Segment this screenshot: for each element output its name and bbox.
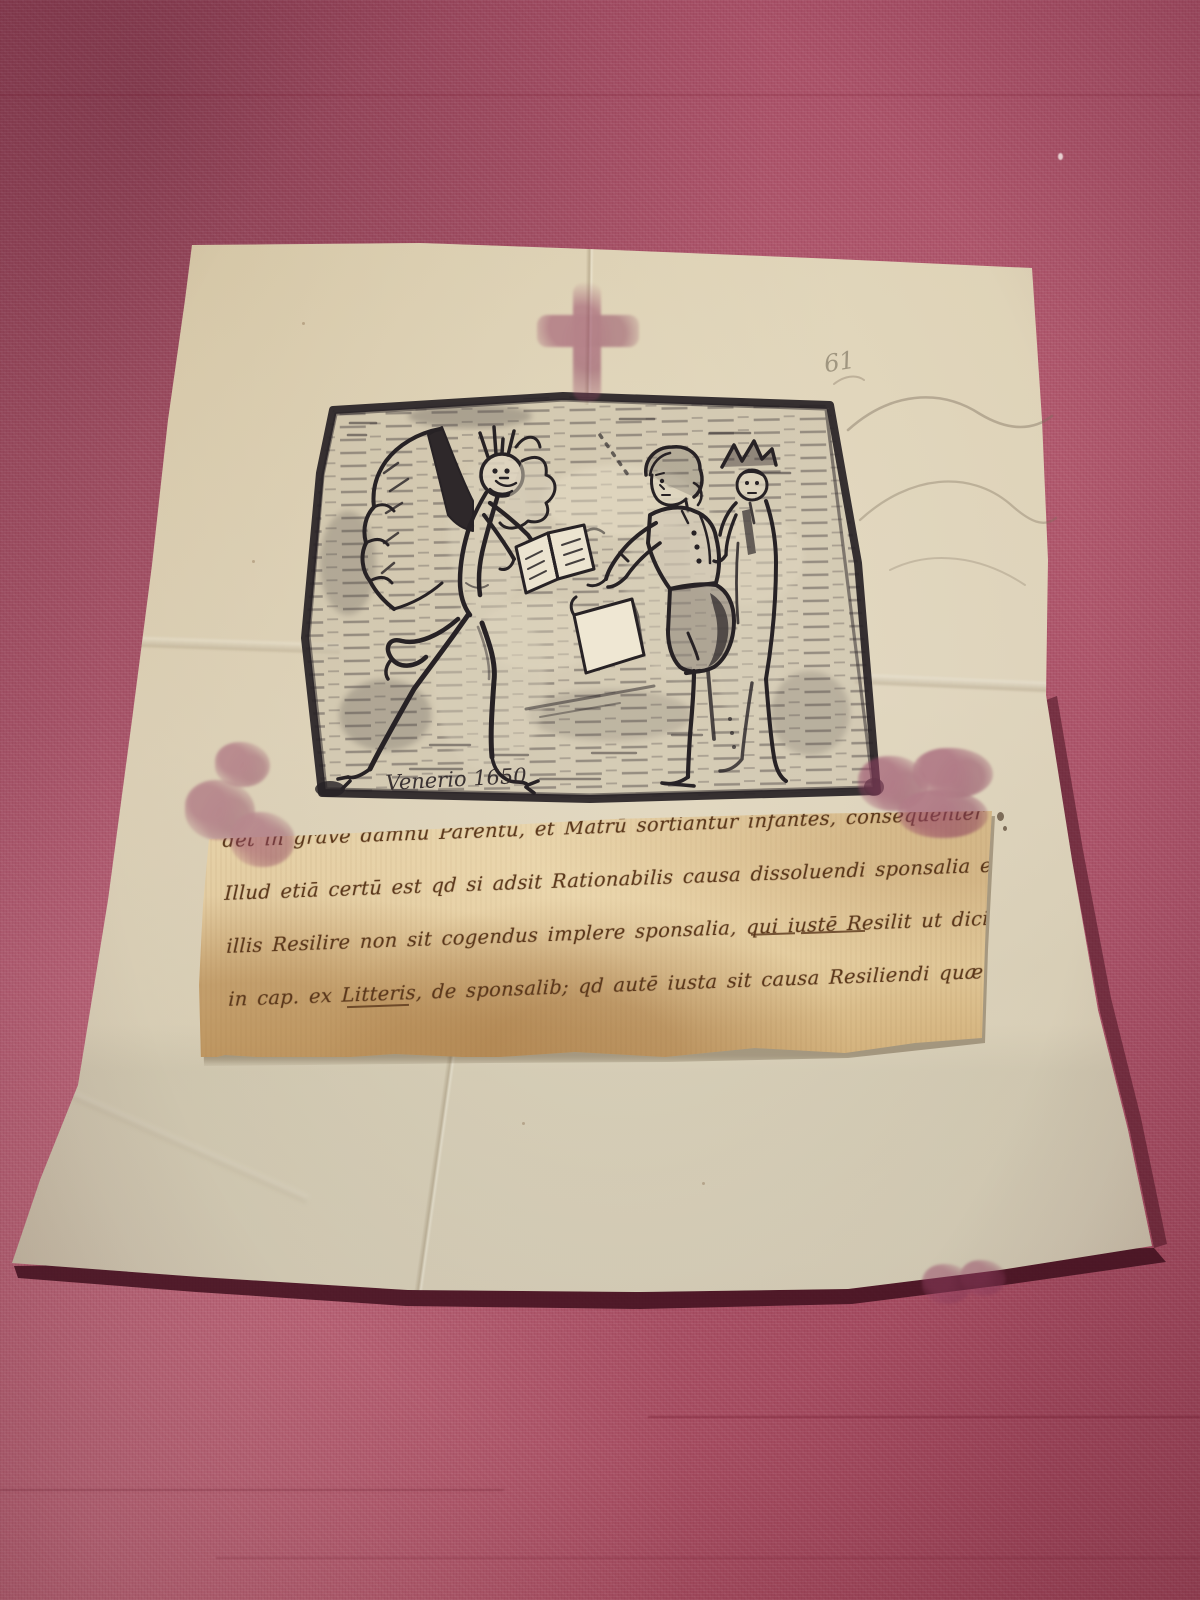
stamp-bar	[537, 315, 639, 347]
lint-fleck	[1058, 153, 1063, 160]
ink-stamp-right	[858, 748, 998, 843]
stamp-blot	[898, 790, 988, 838]
paper-speck	[522, 1122, 525, 1125]
paper-speck	[702, 1182, 705, 1185]
stamp-blot	[230, 812, 295, 867]
ink-blot	[997, 812, 1004, 821]
stamp-blot	[960, 1260, 1006, 1296]
wrinkle-crease	[68, 1090, 309, 1203]
ink-stamp-bottom	[922, 1260, 1007, 1308]
fabric-seam	[0, 94, 1200, 96]
fold-crease-vertical-bottom	[413, 1055, 456, 1296]
photo-scene: 61	[0, 0, 1200, 1600]
paper-speck	[302, 322, 305, 325]
ink-stamp-left	[185, 742, 305, 872]
ink-blot	[1003, 826, 1007, 831]
cross-stamp	[535, 275, 645, 405]
devil-ink-drawing: Venerio 1650	[290, 383, 890, 815]
fabric-seam	[648, 1416, 1200, 1418]
paper-speck	[252, 560, 255, 563]
fabric-seam	[0, 1489, 504, 1491]
fabric-seam	[216, 1557, 1200, 1559]
